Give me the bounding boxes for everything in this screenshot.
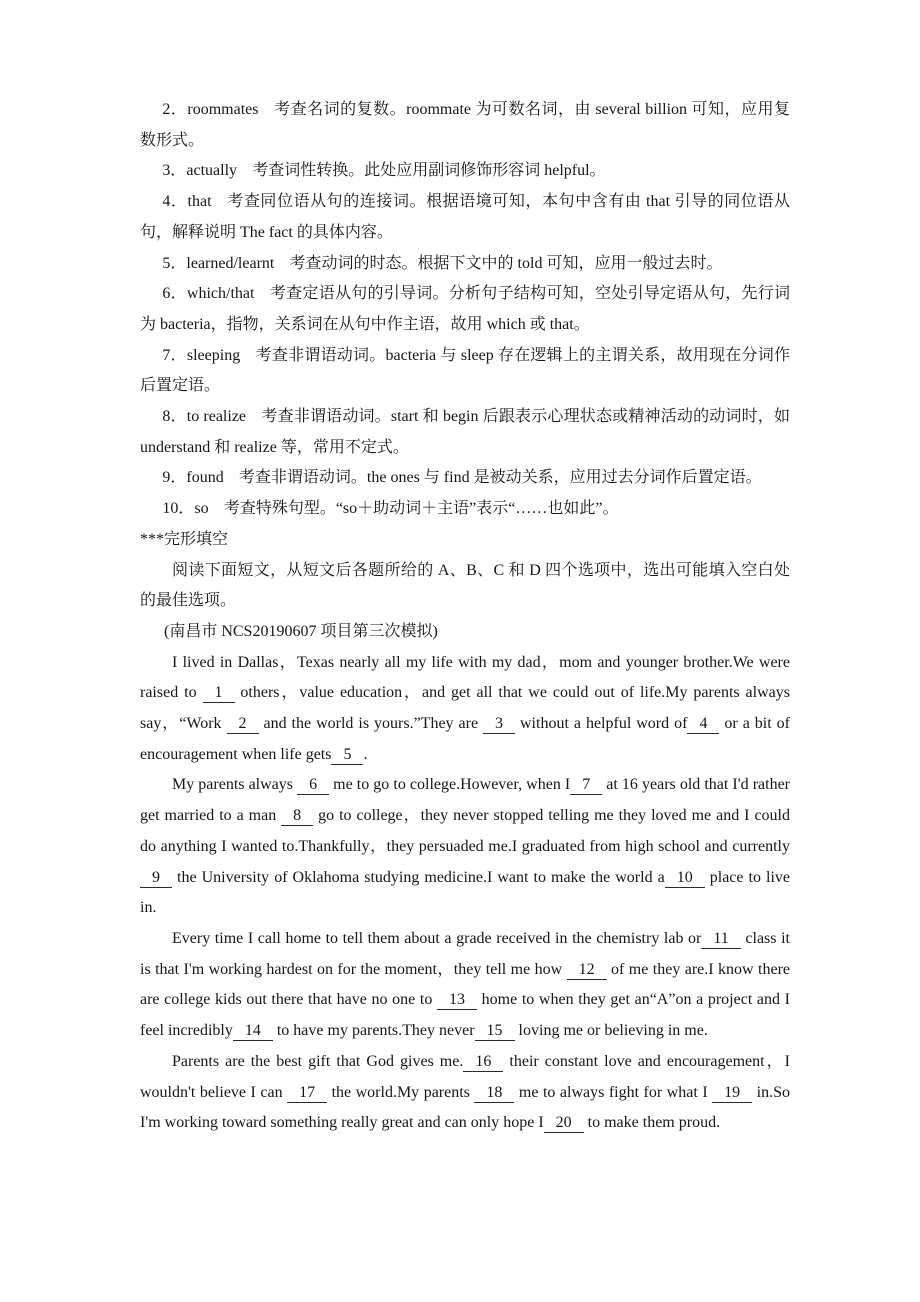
answer-explanations-list: 2．roommates考查名词的复数。roommate 为可数名词，由 seve…	[140, 95, 790, 525]
passage-paragraph: I lived in Dallas，Texas nearly all my li…	[140, 648, 790, 771]
cloze-source: (南昌市 NCS20190607 项目第三次模拟)	[140, 617, 790, 648]
cloze-blank: 10	[665, 868, 705, 888]
cloze-blank: 20	[544, 1113, 584, 1133]
cloze-blank: 18	[474, 1083, 514, 1103]
answer-number: 8．	[162, 408, 186, 425]
cloze-blank: 2	[227, 714, 259, 734]
answer-item: 4．that考查同位语从句的连接词。根据语境可知，本句中含有由 that 引导的…	[140, 187, 790, 248]
cloze-blank: 13	[437, 990, 477, 1010]
answer-explanation: 考查非谓语动词。the ones 与 find 是被动关系，应用过去分词作后置定…	[239, 469, 762, 486]
cloze-blank: 12	[567, 960, 607, 980]
cloze-blank: 8	[281, 806, 313, 826]
cloze-blank: 1	[203, 683, 235, 703]
passage-paragraph: Parents are the best gift that God gives…	[140, 1047, 790, 1139]
cloze-blank: 4	[687, 714, 719, 734]
cloze-blank: 11	[701, 929, 740, 949]
answer-item: 6．which/that考查定语从句的引导词。分析句子结构可知，空处引导定语从句…	[140, 279, 790, 340]
passage-paragraph: My parents always 6 me to go to college.…	[140, 770, 790, 924]
answer-item: 3．actually考查词性转换。此处应用副词修饰形容词 helpful。	[140, 156, 790, 187]
cloze-blank: 16	[463, 1052, 503, 1072]
answer-explanation: 考查同位语从句的连接词。根据语境可知，本句中含有由 that 引导的同位语从句，…	[140, 193, 790, 241]
answer-word: to realize	[187, 408, 246, 425]
passage-paragraph: Every time I call home to tell them abou…	[140, 924, 790, 1047]
cloze-blank: 5	[331, 745, 363, 765]
answer-number: 10．	[162, 500, 194, 517]
cloze-blank: 17	[287, 1083, 327, 1103]
cloze-blank: 14	[233, 1021, 273, 1041]
answer-number: 9．	[162, 469, 186, 486]
cloze-blank: 15	[475, 1021, 515, 1041]
answer-explanation: 考查动词的时态。根据下文中的 told 可知，应用一般过去时。	[290, 255, 723, 272]
document-page: 2．roommates考查名词的复数。roommate 为可数名词，由 seve…	[0, 0, 920, 1302]
cloze-passage: I lived in Dallas，Texas nearly all my li…	[140, 648, 790, 1139]
answer-word: that	[188, 193, 212, 210]
answer-item: 2．roommates考查名词的复数。roommate 为可数名词，由 seve…	[140, 95, 790, 156]
answer-word: so	[194, 500, 208, 517]
answer-number: 3．	[162, 162, 186, 179]
answer-number: 2．	[162, 101, 187, 118]
answer-item: 9．found考查非谓语动词。the ones 与 find 是被动关系，应用过…	[140, 463, 790, 494]
answer-word: roommates	[187, 101, 258, 118]
answer-number: 5．	[162, 255, 186, 272]
cloze-blank: 3	[483, 714, 515, 734]
cloze-blank: 7	[570, 775, 602, 795]
answer-number: 7．	[162, 347, 186, 364]
answer-word: learned/learnt	[186, 255, 274, 272]
cloze-blank: 19	[712, 1083, 752, 1103]
answer-item: 7．sleeping考查非谓语动词。bacteria 与 sleep 存在逻辑上…	[140, 341, 790, 402]
answer-word: actually	[186, 162, 237, 179]
answer-number: 6．	[162, 285, 187, 302]
section-heading: ***完形填空	[140, 525, 790, 556]
cloze-blank: 9	[140, 868, 172, 888]
answer-explanation: 考查词性转换。此处应用副词修饰形容词 helpful。	[252, 162, 605, 179]
answer-word: sleeping	[187, 347, 240, 364]
answer-item: 10．so考查特殊句型。“so＋助动词＋主语”表示“……也如此”。	[140, 494, 790, 525]
cloze-blank: 6	[297, 775, 329, 795]
cloze-instructions: 阅读下面短文，从短文后各题所给的 A、B、C 和 D 四个选项中，选出可能填入空…	[140, 556, 790, 617]
answer-word: found	[186, 469, 223, 486]
answer-explanation: 考查特殊句型。“so＋助动词＋主语”表示“……也如此”。	[224, 500, 619, 517]
answer-item: 5．learned/learnt考查动词的时态。根据下文中的 told 可知，应…	[140, 249, 790, 280]
answer-word: which/that	[187, 285, 255, 302]
answer-number: 4．	[162, 193, 187, 210]
answer-item: 8．to realize考查非谓语动词。start 和 begin 后跟表示心理…	[140, 402, 790, 463]
